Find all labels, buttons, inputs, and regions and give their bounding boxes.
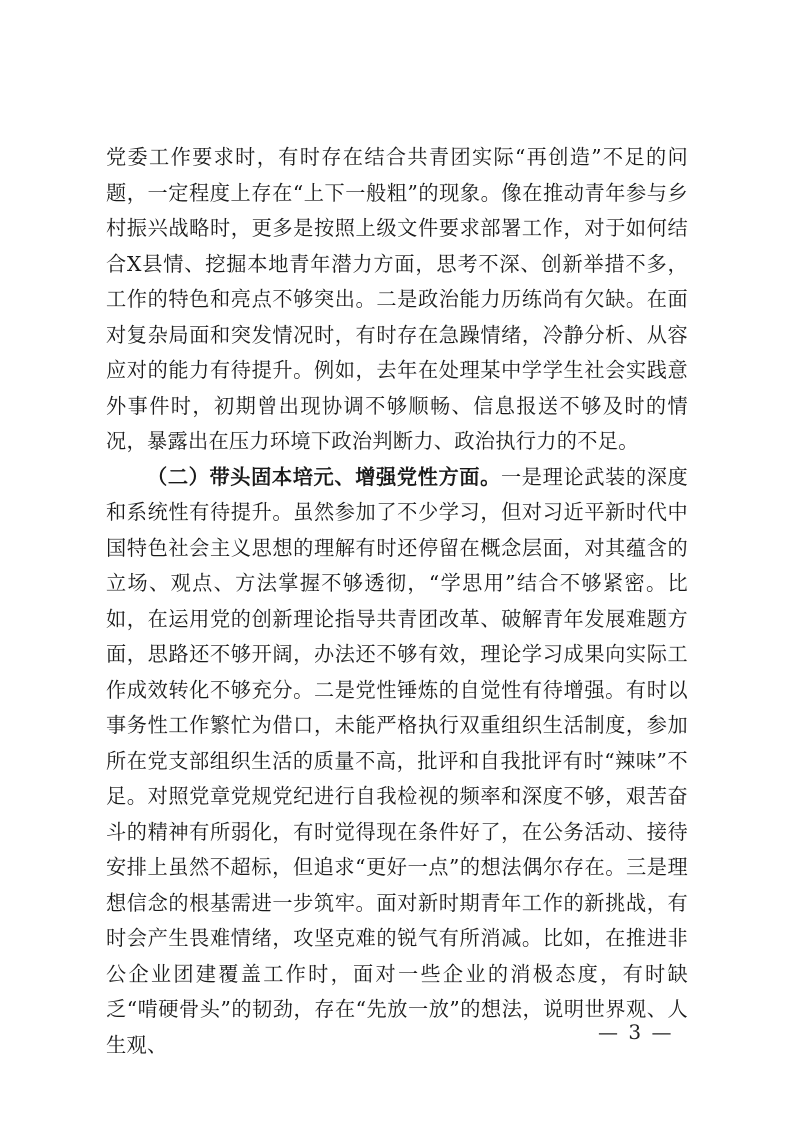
document-body: 党委工作要求时，有时存在结合共青团实际“再创造”不足的问题，一定程度上存在“上下… [106,140,688,1063]
paragraph-2: （二）带头固本培元、增强党性方面。一是理论武装的深度和系统性有待提升。虽然参加了… [106,460,688,1064]
page-number: — 3 — [598,1020,673,1044]
section-heading: （二）带头固本培元、增强党性方面。 [147,465,501,489]
paragraph-text: 党委工作要求时，有时存在结合共青团实际“再创造”不足的问题，一定程度上存在“上下… [106,145,688,453]
paragraph-text: 一是理论武装的深度和系统性有待提升。虽然参加了不少学习，但对习近平新时代中国特色… [106,465,688,1057]
paragraph-1: 党委工作要求时，有时存在结合共青团实际“再创造”不足的问题，一定程度上存在“上下… [106,140,688,460]
